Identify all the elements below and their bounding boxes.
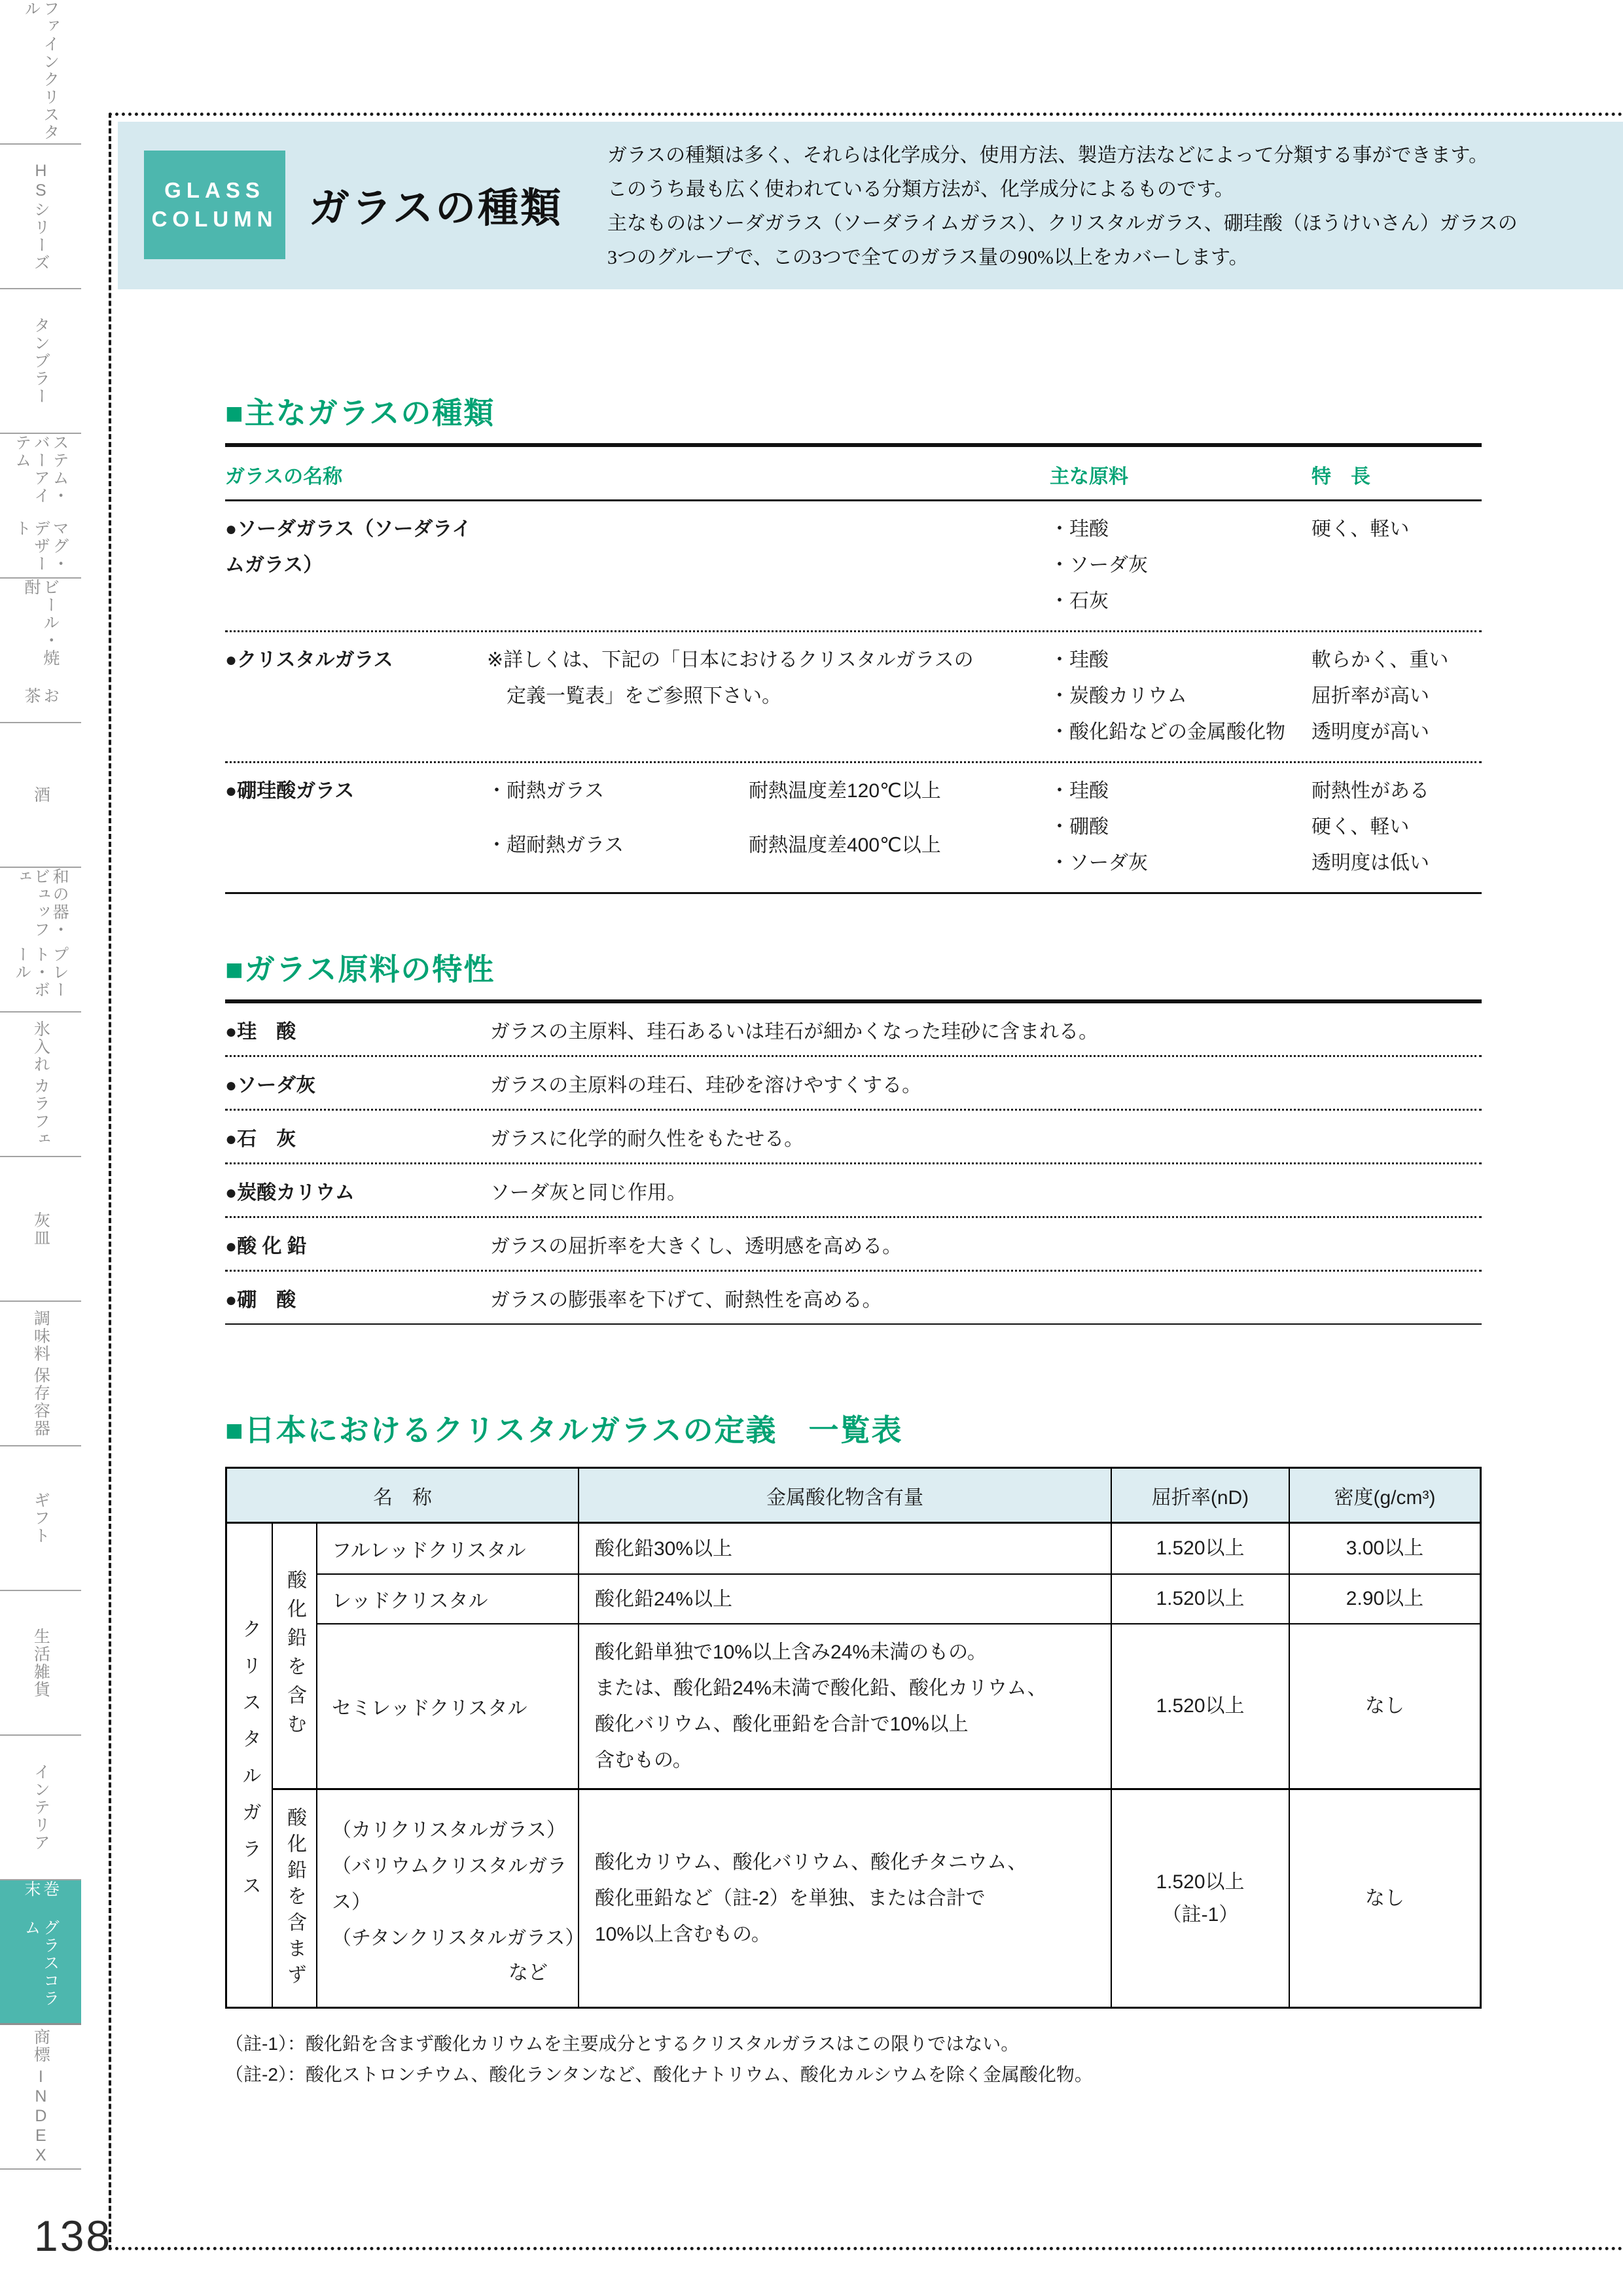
sidebar-item-japanese-ware-plate[interactable]: 和の器・ビュッフェ プレート・ボール [0, 868, 81, 1013]
crystal-row-refraction: 1.520以上 [1111, 1524, 1289, 1573]
sidebar-item-label: タンブラー [31, 317, 50, 405]
glass-note: ※詳しくは、下記の「日本におけるクリスタルガラスの 定義一覧表」をご参照下さい。 [487, 642, 1050, 750]
glass-features: 耐熱性がある 硬く、軽い 透明度は低い [1311, 773, 1482, 881]
crystal-row-density: なし [1289, 1623, 1480, 1788]
column-header-feature: 特 長 [1311, 460, 1482, 489]
crystal-row-content: 酸化鉛30%以上 [578, 1524, 1111, 1573]
heat-type-label: ・超耐熱ガラス [487, 827, 749, 882]
group-label-crystal-glass: クリスタルガラス [227, 1524, 272, 2007]
sidebar-item-trademark-index[interactable]: 商標 INDEX [0, 2025, 81, 2170]
sidebar-item-gift[interactable]: ギフト [0, 1446, 81, 1591]
glass-name: ●硼珪酸ガラス [225, 773, 487, 881]
glass-name: ●クリスタルガラス [225, 642, 487, 750]
rule [225, 892, 1482, 894]
heat-resistance-detail: ・耐熱ガラス 耐熱温度差120℃以上 ・超耐熱ガラス 耐熱温度差400℃以上 [487, 773, 1050, 881]
material-term: ●ソーダ灰 [225, 1069, 490, 1098]
sidebar-item-household-goods[interactable]: 生活雑貨 [0, 1591, 81, 1736]
material-row-potassium-carbonate: ●炭酸カリウム ソーダ灰と同じ作用。 [225, 1164, 1482, 1216]
sidebar-item-sake[interactable]: 酒 [0, 723, 81, 868]
crystal-row-density: なし [1289, 1788, 1480, 2007]
page-number: 138 [34, 2211, 112, 2261]
sidebar-item-label: インテリア [31, 1763, 50, 1852]
column-header-name: 名 称 [227, 1469, 578, 1524]
material-description: ガラスの屈折率を大きくし、透明感を高める。 [490, 1230, 1482, 1259]
footnotes: （註-1）：酸化鉛を含まず酸化カリウムを主要成分とするクリスタルガラスはこの限り… [225, 2028, 1482, 2090]
section1-heading: ■主なガラスの種類 [225, 389, 1482, 433]
table-row-crystal-glass: ●クリスタルガラス ※詳しくは、下記の「日本におけるクリスタルガラスの 定義一覧… [225, 632, 1482, 761]
sidebar-item-label: 商標 [31, 2028, 50, 2064]
glass-types-table-header: ガラスの名称 主な原料 特 長 [225, 447, 1482, 499]
crystal-row-refraction: 1.520以上 （註-1） [1111, 1788, 1289, 2007]
hero-banner: GLASS COLUMN ガラスの種類 ガラスの種類は多く、それらは化学成分、使… [118, 122, 1623, 289]
sidebar-item-label: 酒 [31, 786, 50, 804]
sidebar-item-ice-carafe[interactable]: 氷入れ カラフェ [0, 1013, 81, 1157]
sidebar-item-label: HSシリーズ [31, 162, 50, 272]
column-header-oxide-content: 金属酸化物含有量 [578, 1469, 1111, 1524]
sidebar-item-label: ビール・焼酎 [22, 579, 60, 683]
material-term: ●珪 酸 [225, 1015, 490, 1044]
badge-line1: GLASS [164, 176, 265, 205]
sidebar-item-label: 巻末 [22, 1880, 60, 1915]
crystal-row-refraction: 1.520以上 [1111, 1623, 1289, 1788]
subgroup-without-lead: 酸化鉛を含まず [272, 1788, 316, 2007]
sidebar-item-tumbler[interactable]: タンブラー [0, 289, 81, 434]
material-description: ガラスに化学的耐久性をもたせる。 [490, 1122, 1482, 1151]
sidebar-item-sublabel: マグ・デザート [12, 520, 69, 577]
section-crystal-definition: ■日本におけるクリスタルガラスの定義 一覧表 名 称 金属酸化物含有量 屈折率(… [225, 1407, 1482, 2090]
sidebar-item-label: 氷入れ [31, 1020, 50, 1073]
crystal-row-content: 酸化鉛単独で10%以上含み24%未満のもの。 または、酸化鉛24%未満で酸化鉛、… [578, 1623, 1111, 1788]
sidebar-item-label: ファインクリスタル [22, 0, 60, 143]
sidebar-item-label: ギフト [31, 1492, 50, 1545]
material-row-boric-acid: ●硼 酸 ガラスの膨張率を下げて、耐熱性を高める。 [225, 1272, 1482, 1323]
table-row-borosilicate-glass: ●硼珪酸ガラス ・耐熱ガラス 耐熱温度差120℃以上 ・超耐熱ガラス 耐熱温度差… [225, 763, 1482, 892]
column-header-material: 主な原料 [1050, 460, 1311, 489]
sidebar-item-ashtray[interactable]: 灰皿 [0, 1157, 81, 1302]
table-row-soda-glass: ●ソーダガラス（ソーダライムガラス） ・珪酸 ・ソーダ灰 ・石灰 硬く、軽い [225, 501, 1482, 630]
sidebar-item-fine-crystal[interactable]: ファインクリスタル [0, 0, 81, 145]
sidebar-item-interior[interactable]: インテリア [0, 1736, 81, 1880]
glass-materials: ・珪酸 ・炭酸カリウム ・酸化鉛などの金属酸化物 [1050, 642, 1311, 750]
glass-note [487, 511, 1050, 619]
sidebar-item-sublabel: カラフェ [31, 1077, 50, 1148]
column-header-name: ガラスの名称 [225, 460, 487, 489]
glass-materials: ・珪酸 ・硼酸 ・ソーダ灰 [1050, 773, 1311, 881]
crystal-row-name: セミレッドクリスタル [316, 1623, 578, 1788]
glass-column-badge: GLASS COLUMN [144, 151, 285, 259]
crystal-row-content: 酸化鉛24%以上 [578, 1573, 1111, 1623]
material-description: ガラスの主原料、珪石あるいは珪石が細かくなった珪砂に含まれる。 [490, 1015, 1482, 1044]
footnote-2: （註-2）：酸化ストロンチウム、酸化ランタンなど、酸化ナトリウム、酸化カルシウム… [225, 2059, 1482, 2090]
badge-line2: COLUMN [152, 205, 278, 234]
intro-paragraph: ガラスの種類は多く、それらは化学成分、使用方法、製造方法などによって分類する事が… [607, 139, 1518, 275]
sidebar-item-sublabel: 保存容器 [31, 1367, 50, 1437]
material-row-silica: ●珪 酸 ガラスの主原料、珪石あるいは珪石が細かくなった珪砂に含まれる。 [225, 1003, 1482, 1055]
heat-type-label: ・耐熱ガラス [487, 773, 749, 827]
material-description: ガラスの主原料の珪石、珪砂を溶けやすくする。 [490, 1069, 1482, 1098]
column-header-density: 密度(g/cm³) [1289, 1469, 1480, 1524]
material-description: ガラスの膨張率を下げて、耐熱性を高める。 [490, 1283, 1482, 1312]
crystal-row-name: フルレッドクリスタル [316, 1524, 578, 1573]
sidebar-item-sublabel: お茶 [22, 687, 60, 722]
column-header-note [487, 460, 1050, 489]
sidebar-item-label: 灰皿 [31, 1211, 50, 1247]
material-term: ●炭酸カリウム [225, 1176, 490, 1205]
content-frame: GLASS COLUMN ガラスの種類 ガラスの種類は多く、それらは化学成分、使… [109, 113, 1623, 2250]
crystal-row-content: 酸化カリウム、酸化バリウム、酸化チタニウム、 酸化亜鉛など（註-2）を単独、また… [578, 1788, 1111, 2007]
sidebar-item-seasoning-storage[interactable]: 調味料 保存容器 [0, 1302, 81, 1446]
section-raw-material-characteristics: ■ガラス原料の特性 ●珪 酸 ガラスの主原料、珪石あるいは珪石が細かくなった珪砂… [225, 946, 1482, 1325]
crystal-row-density: 2.90以上 [1289, 1573, 1480, 1623]
crystal-row-name: レッドクリスタル [316, 1573, 578, 1623]
crystal-row-density: 3.00以上 [1289, 1524, 1480, 1573]
section2-heading: ■ガラス原料の特性 [225, 946, 1482, 989]
heat-type-value: 耐熱温度差400℃以上 [749, 827, 1050, 882]
sidebar-item-label: 和の器・ビュッフェ [12, 868, 69, 942]
material-term: ●酸 化 鉛 [225, 1230, 490, 1259]
sidebar-item-label: 調味料 [31, 1310, 50, 1363]
sidebar-item-label: 生活雑貨 [31, 1628, 50, 1698]
sidebar-item-beer-tea[interactable]: ビール・焼酎 お茶 [0, 579, 81, 723]
glass-name: ●ソーダガラス（ソーダライムガラス） [225, 511, 487, 619]
column-header-refraction: 屈折率(nD) [1111, 1469, 1289, 1524]
glass-materials: ・珪酸 ・ソーダ灰 ・石灰 [1050, 511, 1311, 619]
crystal-row-name: （カリクリスタルガラス） （バリウムクリスタルガラス） （チタンクリスタルガラス… [316, 1788, 578, 2007]
material-description: ソーダ灰と同じ作用。 [490, 1176, 1482, 1205]
footnote-1: （註-1）：酸化鉛を含まず酸化カリウムを主要成分とするクリスタルガラスはこの限り… [225, 2028, 1482, 2059]
crystal-definition-table: 名 称 金属酸化物含有量 屈折率(nD) 密度(g/cm³) クリスタルガラス … [225, 1467, 1482, 2009]
rule [225, 1323, 1482, 1325]
page-title: ガラスの種類 [309, 175, 563, 234]
sidebar: ファインクリスタル HSシリーズ タンブラー ステム・バーアイテム マグ・デザー… [0, 0, 81, 2296]
crystal-row-refraction: 1.520以上 [1111, 1573, 1289, 1623]
section-main-glass-types: ■主なガラスの種類 ガラスの名称 主な原料 特 長 ●ソーダガラス（ソーダライム… [225, 389, 1482, 894]
heat-type-value: 耐熱温度差120℃以上 [749, 773, 1050, 827]
sidebar-item-sublabel: INDEX [31, 2068, 50, 2166]
glass-features: 軟らかく、重い 屈折率が高い 透明度が高い [1311, 642, 1482, 750]
sidebar-item-glass-column-active[interactable]: 巻末 グラスコラム [0, 1880, 81, 2025]
sidebar-item-hs-series[interactable]: HSシリーズ [0, 145, 81, 289]
sidebar-item-label: ステム・バーアイテム [12, 434, 69, 516]
material-row-lime: ●石 灰 ガラスに化学的耐久性をもたせる。 [225, 1111, 1482, 1162]
glass-features: 硬く、軽い [1311, 511, 1482, 619]
subgroup-contains-lead: 酸化鉛を含む [272, 1524, 316, 1788]
material-term: ●硼 酸 [225, 1283, 490, 1312]
section3-heading: ■日本におけるクリスタルガラスの定義 一覧表 [225, 1407, 1482, 1450]
sidebar-item-stem-bar-mug[interactable]: ステム・バーアイテム マグ・デザート [0, 434, 81, 579]
material-row-soda-ash: ●ソーダ灰 ガラスの主原料の珪石、珪砂を溶けやすくする。 [225, 1057, 1482, 1109]
sidebar-item-sublabel: プレート・ボール [12, 946, 69, 1011]
material-row-lead-oxide: ●酸 化 鉛 ガラスの屈折率を大きくし、透明感を高める。 [225, 1218, 1482, 1270]
sidebar-item-sublabel: グラスコラム [22, 1919, 60, 2023]
material-term: ●石 灰 [225, 1122, 490, 1151]
